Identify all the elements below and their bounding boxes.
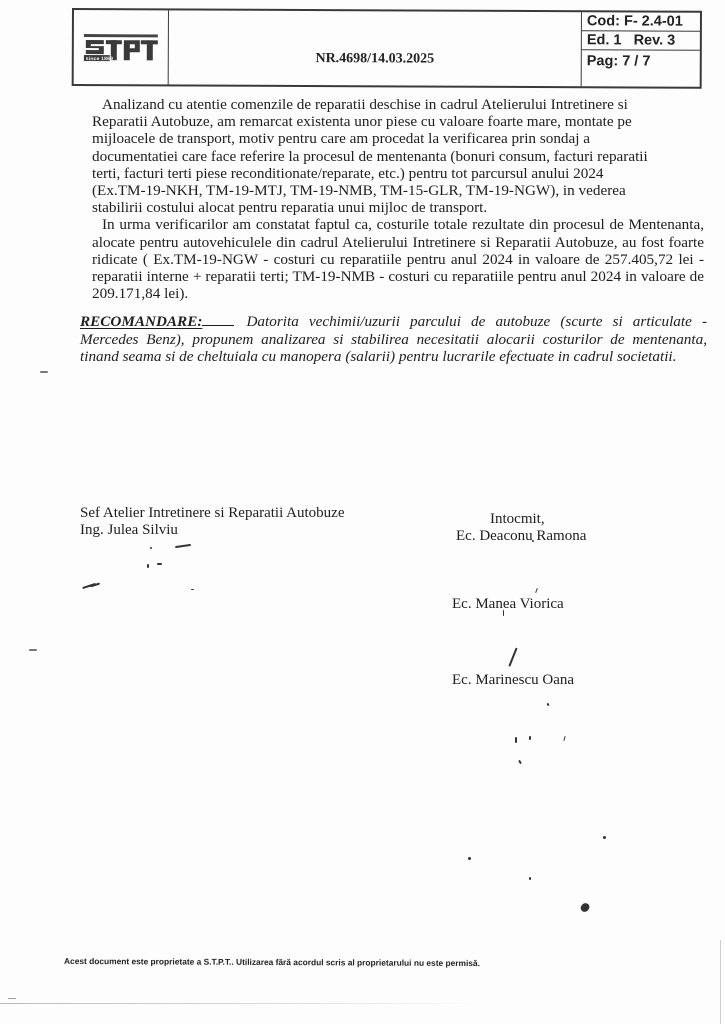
document-page: since 1869 NR.4698/14.03.2025 Cod: F- 2.…: [0, 0, 725, 1024]
signature-mark: [515, 737, 517, 743]
signature-mark: [579, 902, 590, 914]
margin-mark: [29, 649, 37, 651]
signature-mark: [508, 647, 517, 666]
signature-mark: [546, 703, 549, 707]
signature-mark: [518, 760, 522, 764]
signature-mark: [468, 857, 471, 860]
preparer-name: Ec. Deaconu Ramona: [456, 528, 586, 545]
document-meta-cell: Cod: F- 2.4-01 Ed. 1 Rev. 3 Pag: 7 / 7: [582, 12, 700, 87]
signature-mark: [191, 589, 194, 590]
signature-mark: [157, 563, 162, 565]
paragraph-findings: In urma verificarilor am constatat faptu…: [92, 216, 704, 302]
recommendation-label: RECOMANDARE:: [80, 313, 202, 330]
signature-mark: [563, 736, 565, 741]
workshop-head-signature: Sef Atelier Intretinere si Reparatii Aut…: [80, 505, 345, 539]
logo-cell: since 1869: [74, 10, 169, 84]
page-indicator: Pag: 7 / 7: [582, 50, 700, 87]
signature-mark: [603, 836, 606, 839]
stpt-logo-icon: since 1869: [84, 34, 160, 64]
document-body: Analizand cu atentie comenzile de repara…: [92, 96, 712, 302]
prepared-by-label: Intocmit,: [490, 511, 545, 528]
preparer-name: Ec. Manea Viorica: [452, 596, 564, 613]
bottom-edge-line: [0, 1003, 480, 1004]
margin-mark: [40, 371, 48, 373]
recommendation-underline: [202, 313, 234, 326]
signature-mark: [147, 564, 149, 568]
signature-mark: [503, 610, 504, 616]
document-number: NR.4698/14.03.2025: [169, 50, 581, 68]
document-header: since 1869 NR.4698/14.03.2025 Cod: F- 2.…: [72, 8, 702, 89]
margin-mark: [8, 998, 16, 999]
document-code: Cod: F- 2.4-01: [582, 12, 700, 32]
signature-mark: [532, 540, 534, 542]
recommendation: RECOMANDARE: Datorita vechimii/uzurii pa…: [80, 313, 707, 366]
signature-mark: [535, 588, 538, 593]
paragraph-analysis: Analizand cu atentie comenzile de repara…: [92, 96, 657, 216]
logo-tagline: since 1869: [86, 56, 113, 62]
signature-mark: [529, 877, 531, 880]
workshop-head-role: Sef Atelier Intretinere si Reparatii Aut…: [80, 505, 345, 522]
document-edition: Ed. 1 Rev. 3: [582, 31, 700, 51]
ownership-notice: Acest document este proprietate a S.T.P.…: [64, 956, 480, 968]
preparer-name: Ec. Marinescu Oana: [452, 672, 574, 689]
signature-mark: [175, 544, 191, 548]
document-number-cell: NR.4698/14.03.2025: [169, 10, 582, 86]
right-edge-line: [720, 940, 721, 1024]
signature-mark: [529, 736, 531, 740]
workshop-head-name: Ing. Julea Silviu: [80, 522, 345, 539]
signature-mark: [150, 547, 152, 549]
